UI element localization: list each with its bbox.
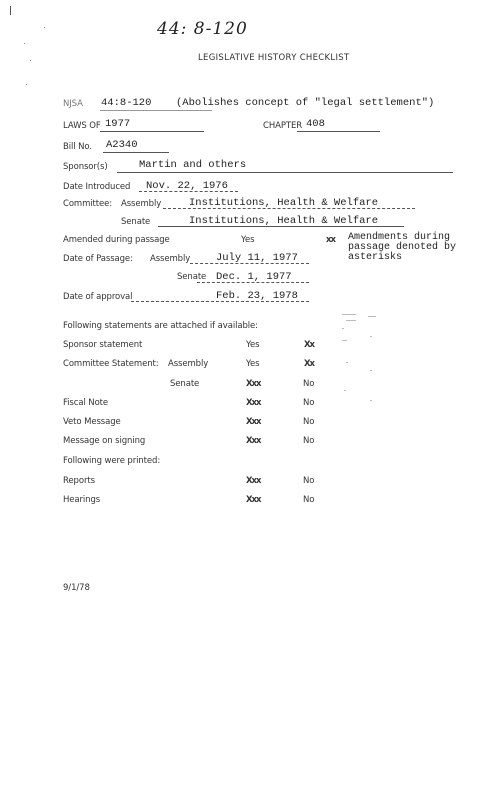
statement-no: No [303, 436, 314, 446]
statement-sub: Senate [170, 379, 199, 389]
amended-no-struck: xx [326, 235, 335, 245]
printed-no: No [303, 476, 314, 486]
statement-label: Fiscal Note [63, 398, 108, 408]
njsa-underline [100, 110, 212, 111]
laws-of-underline [100, 131, 204, 132]
amended-note: Amendments during passage denoted by ast… [348, 233, 456, 263]
statement-no: No [303, 417, 314, 427]
passage-senate-underline [197, 282, 309, 283]
date-introduced-underline [139, 191, 238, 192]
chapter-label: CHAPTER [263, 121, 302, 131]
statement-label: Sponsor statement [63, 340, 142, 350]
statement-label: Veto Message [63, 417, 121, 427]
statement-no: Xx [304, 359, 314, 369]
committee-assembly-label: Assembly [121, 199, 161, 209]
statement-yes: Xxx [246, 398, 261, 408]
passage-senate-label: Senate [177, 272, 206, 282]
statements-heading: Following statements are attached if ava… [63, 321, 258, 331]
date-of-passage-label: Date of Passage: [63, 254, 133, 264]
njsa-label: NJSA [63, 99, 83, 109]
bill-no-value: A2340 [106, 139, 138, 151]
statement-label: Committee Statement: [63, 359, 158, 369]
statement-no: Xx [304, 340, 314, 350]
passage-assembly-underline [190, 263, 309, 264]
page-title: LEGISLATIVE HISTORY CHECKLIST [198, 53, 349, 63]
printed-label: Reports [63, 476, 95, 486]
statement-sub: Assembly [168, 359, 208, 369]
scan-noise [340, 312, 400, 412]
statement-yes: Yes [246, 340, 259, 350]
scan-speck [26, 84, 27, 85]
statement-label: Message on signing [63, 436, 145, 446]
statement-no: No [303, 379, 314, 389]
chapter-value: 408 [306, 118, 325, 130]
printed-no: No [303, 495, 314, 505]
committee-senate-label: Senate [121, 217, 150, 227]
statement-no: No [303, 398, 314, 408]
laws-of-value: 1977 [105, 118, 130, 130]
scan-speck [24, 43, 25, 44]
njsa-description: (Abolishes concept of "legal settlement"… [176, 97, 434, 109]
committee-label: Committee: [63, 199, 112, 209]
handwritten-reference: 44: 8-120 [157, 19, 248, 39]
bill-no-underline [103, 152, 169, 153]
sponsors-value: Martin and others [139, 159, 246, 171]
statement-yes: Xxx [246, 417, 261, 427]
printed-label: Hearings [63, 495, 100, 505]
footer-date: 9/1/78 [63, 583, 90, 593]
committee-senate-underline [158, 226, 404, 227]
statement-yes: Xxx [246, 436, 261, 446]
njsa-value: 44:8-120 [101, 97, 151, 109]
amended-yes: Yes [241, 235, 254, 245]
date-of-approval-label: Date of approval [63, 292, 132, 302]
sponsors-underline [117, 172, 453, 173]
scan-mark [10, 6, 11, 15]
amended-label: Amended during passage [63, 235, 170, 245]
bill-no-label: Bill No. [63, 142, 92, 152]
printed-yes: Xxx [246, 495, 261, 505]
chapter-underline [297, 131, 380, 132]
scan-speck [30, 60, 31, 61]
statement-yes: Yes [246, 359, 259, 369]
date-of-approval-underline [131, 301, 309, 302]
date-introduced-label: Date Introduced [63, 182, 130, 192]
printed-yes: Xxx [246, 476, 261, 486]
scan-speck [44, 27, 45, 28]
printed-heading: Following were printed: [63, 456, 160, 466]
amended-note-line-3: asterisks [348, 253, 456, 263]
passage-assembly-label: Assembly [150, 254, 190, 264]
committee-assembly-underline [163, 208, 415, 209]
sponsors-label: Sponsor(s) [63, 162, 108, 172]
laws-of-label: LAWS OF [63, 121, 101, 131]
statement-yes: Xxx [246, 379, 261, 389]
